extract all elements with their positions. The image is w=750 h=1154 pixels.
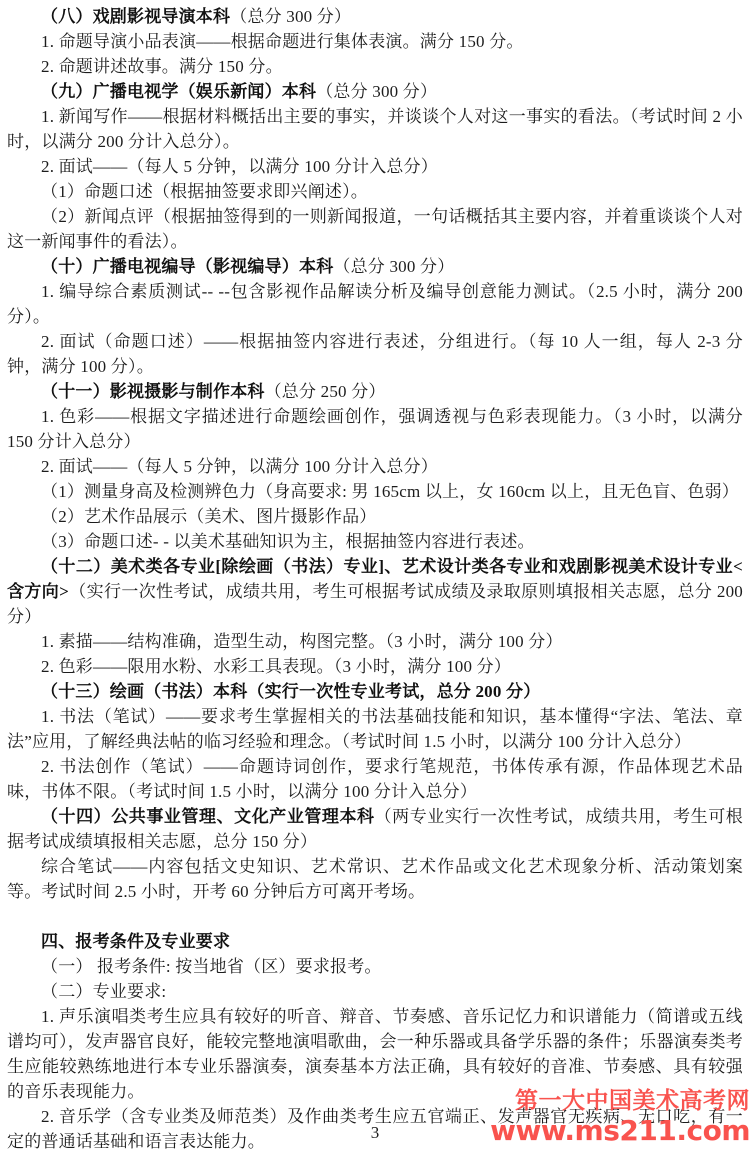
paragraph-text: （2）新闻点评（根据抽签得到的一则新闻报道，一句话概括其主要内容，并着重谈谈个人…	[7, 207, 743, 251]
paragraph-bold-text: （十三）绘画（书法）本科（实行一次性专业考试，总分 200 分）	[41, 682, 540, 701]
paragraph-text: （总分 300 分）	[316, 82, 437, 101]
paragraph: 1. 命题导演小品表演——根据命题进行集体表演。满分 150 分。	[7, 29, 743, 54]
paragraph-text: 2. 面试（命题口述）——根据抽签内容进行表述，分组进行。（每 10 人一组，每…	[7, 332, 743, 376]
document-body: （八）戏剧影视导演本科（总分 300 分）1. 命题导演小品表演——根据命题进行…	[7, 4, 743, 1154]
paragraph-text: 1. 色彩——根据文字描述进行命题绘画创作，强调透视与色彩表现能力。（3 小时，…	[7, 407, 743, 451]
heading-paragraph: （十一）影视摄影与制作本科（总分 250 分）	[7, 379, 743, 404]
paragraph: 1. 素描——结构准确，造型生动，构图完整。（3 小时，满分 100 分）	[7, 629, 743, 654]
heading-paragraph: （十四）公共事业管理、文化产业管理本科（两专业实行一次性考试，成绩共用，考生可根…	[7, 804, 743, 854]
paragraph: （1）命题口述（根据抽签要求即兴阐述）。	[7, 179, 743, 204]
paragraph-text: （一） 报考条件: 按当地省（区）要求报考。	[41, 957, 382, 976]
heading-paragraph: （十二）美术类各专业[除绘画（书法）专业]、艺术设计类各专业和戏剧影视美术设计专…	[7, 554, 743, 629]
paragraph-text: 综合笔试——内容包括文史知识、艺术常识、艺术作品或文化艺术现象分析、活动策划案等…	[7, 857, 743, 901]
paragraph: 1. 书法（笔试）——要求考生掌握相关的书法基础技能和知识，基本懂得“字法、笔法…	[7, 704, 743, 754]
paragraph-text: 1. 新闻写作——根据材料概括出主要的事实，并谈谈个人对这一事实的看法。（考试时…	[7, 107, 743, 151]
paragraph: 1. 编导综合素质测试-- --包含影视作品解读分析及编导创意能力测试。（2.5…	[7, 279, 743, 329]
paragraph-bold-text: （九）广播电视学（娱乐新闻）本科	[41, 82, 316, 101]
paragraph-bold-text: （十一）影视摄影与制作本科	[41, 382, 265, 401]
paragraph-bold-text: （十）广播电视编导（影视编导）本科	[41, 257, 333, 276]
paragraph: 综合笔试——内容包括文史知识、艺术常识、艺术作品或文化艺术现象分析、活动策划案等…	[7, 854, 743, 904]
heading-paragraph: （八）戏剧影视导演本科（总分 300 分）	[7, 4, 743, 29]
heading-paragraph: （九）广播电视学（娱乐新闻）本科（总分 300 分）	[7, 79, 743, 104]
paragraph-bold-text: （十四）公共事业管理、文化产业管理本科	[41, 807, 375, 826]
paragraph-text: 2. 面试——（每人 5 分钟，以满分 100 分计入总分）	[41, 157, 438, 176]
paragraph-text: （总分 300 分）	[230, 7, 351, 26]
paragraph: 1. 色彩——根据文字描述进行命题绘画创作，强调透视与色彩表现能力。（3 小时，…	[7, 404, 743, 454]
paragraph-text: 2. 色彩——限用水粉、水彩工具表现。（3 小时，满分 100 分）	[41, 657, 511, 676]
paragraph-text: （总分 300 分）	[333, 257, 454, 276]
page-number: 3	[0, 1120, 750, 1145]
paragraph-text: （实行一次性考试，成绩共用，考生可根据考试成绩及录取原则填报相关志愿，总分 20…	[7, 582, 743, 626]
paragraph-text: （1）测量身高及检测辨色力（身高要求: 男 165cm 以上，女 160cm 以…	[41, 482, 739, 501]
paragraph-text: （1）命题口述（根据抽签要求即兴阐述）。	[41, 182, 368, 201]
paragraph: （二）专业要求:	[7, 979, 743, 1004]
paragraph: 2. 面试（命题口述）——根据抽签内容进行表述，分组进行。（每 10 人一组，每…	[7, 329, 743, 379]
paragraph-text: 2. 书法创作（笔试）——命题诗词创作，要求行笔规范，书体传承有源，作品体现艺术…	[7, 757, 743, 801]
paragraph-text: 2. 面试——（每人 5 分钟，以满分 100 分计入总分）	[41, 457, 438, 476]
paragraph-text: 1. 编导综合素质测试-- --包含影视作品解读分析及编导创意能力测试。（2.5…	[7, 282, 743, 326]
paragraph-text: 1. 素描——结构准确，造型生动，构图完整。（3 小时，满分 100 分）	[41, 632, 563, 651]
paragraph-text: 1. 书法（笔试）——要求考生掌握相关的书法基础技能和知识，基本懂得“字法、笔法…	[7, 707, 743, 751]
heading-paragraph: 四、报考条件及专业要求	[7, 929, 743, 954]
paragraph: （一） 报考条件: 按当地省（区）要求报考。	[7, 954, 743, 979]
paragraph-text: 2. 命题讲述故事。满分 150 分。	[41, 57, 283, 76]
watermark-site-name: 第一大中国美术高考网	[490, 1086, 750, 1116]
paragraph: （2）艺术作品展示（美术、图片摄影作品）	[7, 504, 743, 529]
paragraph: 2. 面试——（每人 5 分钟，以满分 100 分计入总分）	[7, 454, 743, 479]
paragraph-bold-text: 四、报考条件及专业要求	[41, 932, 230, 951]
heading-paragraph: （十）广播电视编导（影视编导）本科（总分 300 分）	[7, 254, 743, 279]
paragraph: 2. 书法创作（笔试）——命题诗词创作，要求行笔规范，书体传承有源，作品体现艺术…	[7, 754, 743, 804]
paragraph-text: （二）专业要求:	[41, 982, 166, 1001]
paragraph: 2. 色彩——限用水粉、水彩工具表现。（3 小时，满分 100 分）	[7, 654, 743, 679]
paragraph: （3）命题口述- - 以美术基础知识为主，根据抽签内容进行表述。	[7, 529, 743, 554]
paragraph-text: （3）命题口述- - 以美术基础知识为主，根据抽签内容进行表述。	[41, 532, 535, 551]
heading-paragraph: （十三）绘画（书法）本科（实行一次性专业考试，总分 200 分）	[7, 679, 743, 704]
document-page: （八）戏剧影视导演本科（总分 300 分）1. 命题导演小品表演——根据命题进行…	[0, 0, 750, 1154]
paragraph: 1. 新闻写作——根据材料概括出主要的事实，并谈谈个人对这一事实的看法。（考试时…	[7, 104, 743, 154]
paragraph: 2. 面试——（每人 5 分钟，以满分 100 分计入总分）	[7, 154, 743, 179]
paragraph-text: （2）艺术作品展示（美术、图片摄影作品）	[41, 507, 377, 526]
paragraph-text: （总分 250 分）	[265, 382, 386, 401]
paragraph-spacer	[7, 904, 743, 929]
paragraph: （1）测量身高及检测辨色力（身高要求: 男 165cm 以上，女 160cm 以…	[7, 479, 743, 504]
paragraph: （2）新闻点评（根据抽签得到的一则新闻报道，一句话概括其主要内容，并着重谈谈个人…	[7, 204, 743, 254]
paragraph: 2. 命题讲述故事。满分 150 分。	[7, 54, 743, 79]
paragraph-bold-text: （八）戏剧影视导演本科	[41, 7, 230, 26]
paragraph-text: 1. 命题导演小品表演——根据命题进行集体表演。满分 150 分。	[41, 32, 524, 51]
